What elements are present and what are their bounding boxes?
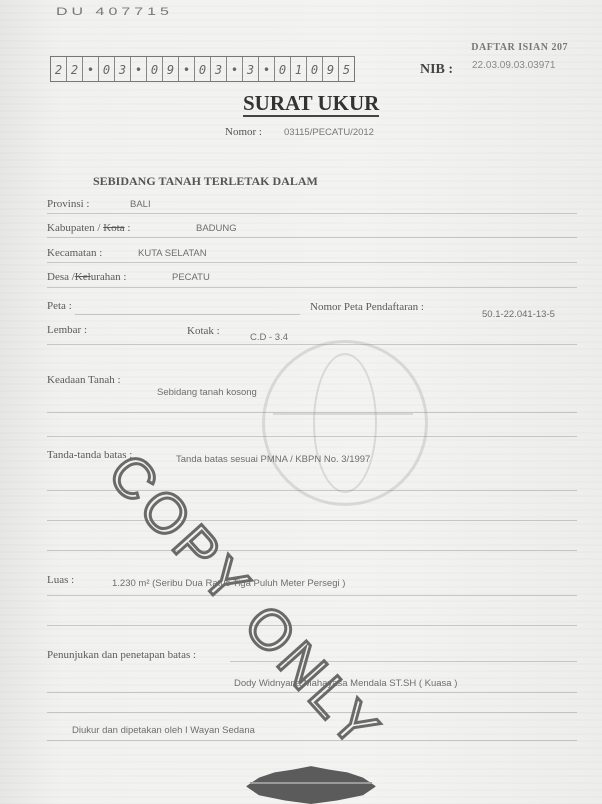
kotak-label: Kotak : xyxy=(187,325,220,337)
code-box: 5 xyxy=(339,57,354,81)
document-page: DU 407715 DAFTAR ISIAN 207 22•03•09•03•3… xyxy=(0,0,602,804)
code-box: 0 xyxy=(99,57,115,81)
tanda-batas-value: Tanda batas sesuai PMNA / KBPN No. 3/199… xyxy=(176,454,370,465)
code-box: 0 xyxy=(195,57,211,81)
nomor-peta-label: Nomor Peta Pendaftaran : xyxy=(310,301,424,313)
kecamatan-value: KUTA SELATAN xyxy=(138,248,207,259)
penunjukan-label: Penunjukan dan penetapan batas : xyxy=(47,649,196,661)
kabupaten-value: BADUNG xyxy=(196,223,237,234)
nomor-value: 03115/PECATU/2012 xyxy=(284,127,374,138)
peta-label: Peta : xyxy=(47,300,72,312)
code-box: 3 xyxy=(115,57,131,81)
seal-line xyxy=(250,782,372,784)
nomor-label: Nomor : xyxy=(225,126,262,138)
code-box: 1 xyxy=(291,57,307,81)
nomor-peta-value: 50.1-22.041-13-5 xyxy=(482,309,555,320)
code-boxes: 22•03•09•03•3•01095 xyxy=(50,56,355,82)
provinsi-value: BALI xyxy=(130,199,151,210)
code-box: 0 xyxy=(147,57,163,81)
kecamatan-label: Kecamatan : xyxy=(47,247,102,259)
code-box: 2 xyxy=(67,57,83,81)
section-title: SEBIDANG TANAH TERLETAK DALAM xyxy=(93,174,318,189)
code-box: 3 xyxy=(211,57,227,81)
tanda-batas-label: Tanda-tanda batas : xyxy=(47,449,132,461)
serial-number: DU 407715 xyxy=(56,6,173,19)
luas-value: 1.230 m² (Seribu Dua Ratus Tiga Puluh Me… xyxy=(112,578,345,589)
desa-label: Desa /Kelurahan : xyxy=(47,271,126,283)
form-label: DAFTAR ISIAN 207 xyxy=(471,42,568,53)
nib-value: 22.03.09.03.03971 xyxy=(472,60,555,71)
code-box: 3 xyxy=(243,57,259,81)
kotak-value: C.D - 3.4 xyxy=(250,332,288,343)
code-box: 2 xyxy=(51,57,67,81)
code-box: 0 xyxy=(307,57,323,81)
document-title: SURAT UKUR xyxy=(243,92,379,117)
code-box: • xyxy=(83,57,99,81)
kabupaten-label: Kabupaten / Kota : xyxy=(47,222,130,234)
code-box: • xyxy=(259,57,275,81)
desa-value: PECATU xyxy=(172,272,210,283)
provinsi-label: Provinsi : xyxy=(47,198,89,210)
code-box: 0 xyxy=(275,57,291,81)
code-box: • xyxy=(131,57,147,81)
code-box: • xyxy=(179,57,195,81)
nib-label: NIB : xyxy=(420,62,453,78)
code-box: • xyxy=(227,57,243,81)
code-box: 9 xyxy=(323,57,339,81)
lembar-label: Lembar : xyxy=(47,324,87,336)
penunjukan-value: Dody Widnyana Mahayasa Mendala ST.SH ( K… xyxy=(234,678,457,689)
code-box: 9 xyxy=(163,57,179,81)
keadaan-label: Keadaan Tanah : xyxy=(47,374,121,386)
surveyor-text: Diukur dan dipetakan oleh I Wayan Sedana xyxy=(72,725,255,736)
keadaan-value: Sebidang tanah kosong xyxy=(157,387,257,398)
luas-label: Luas : xyxy=(47,574,74,586)
emblem-watermark xyxy=(262,340,428,506)
